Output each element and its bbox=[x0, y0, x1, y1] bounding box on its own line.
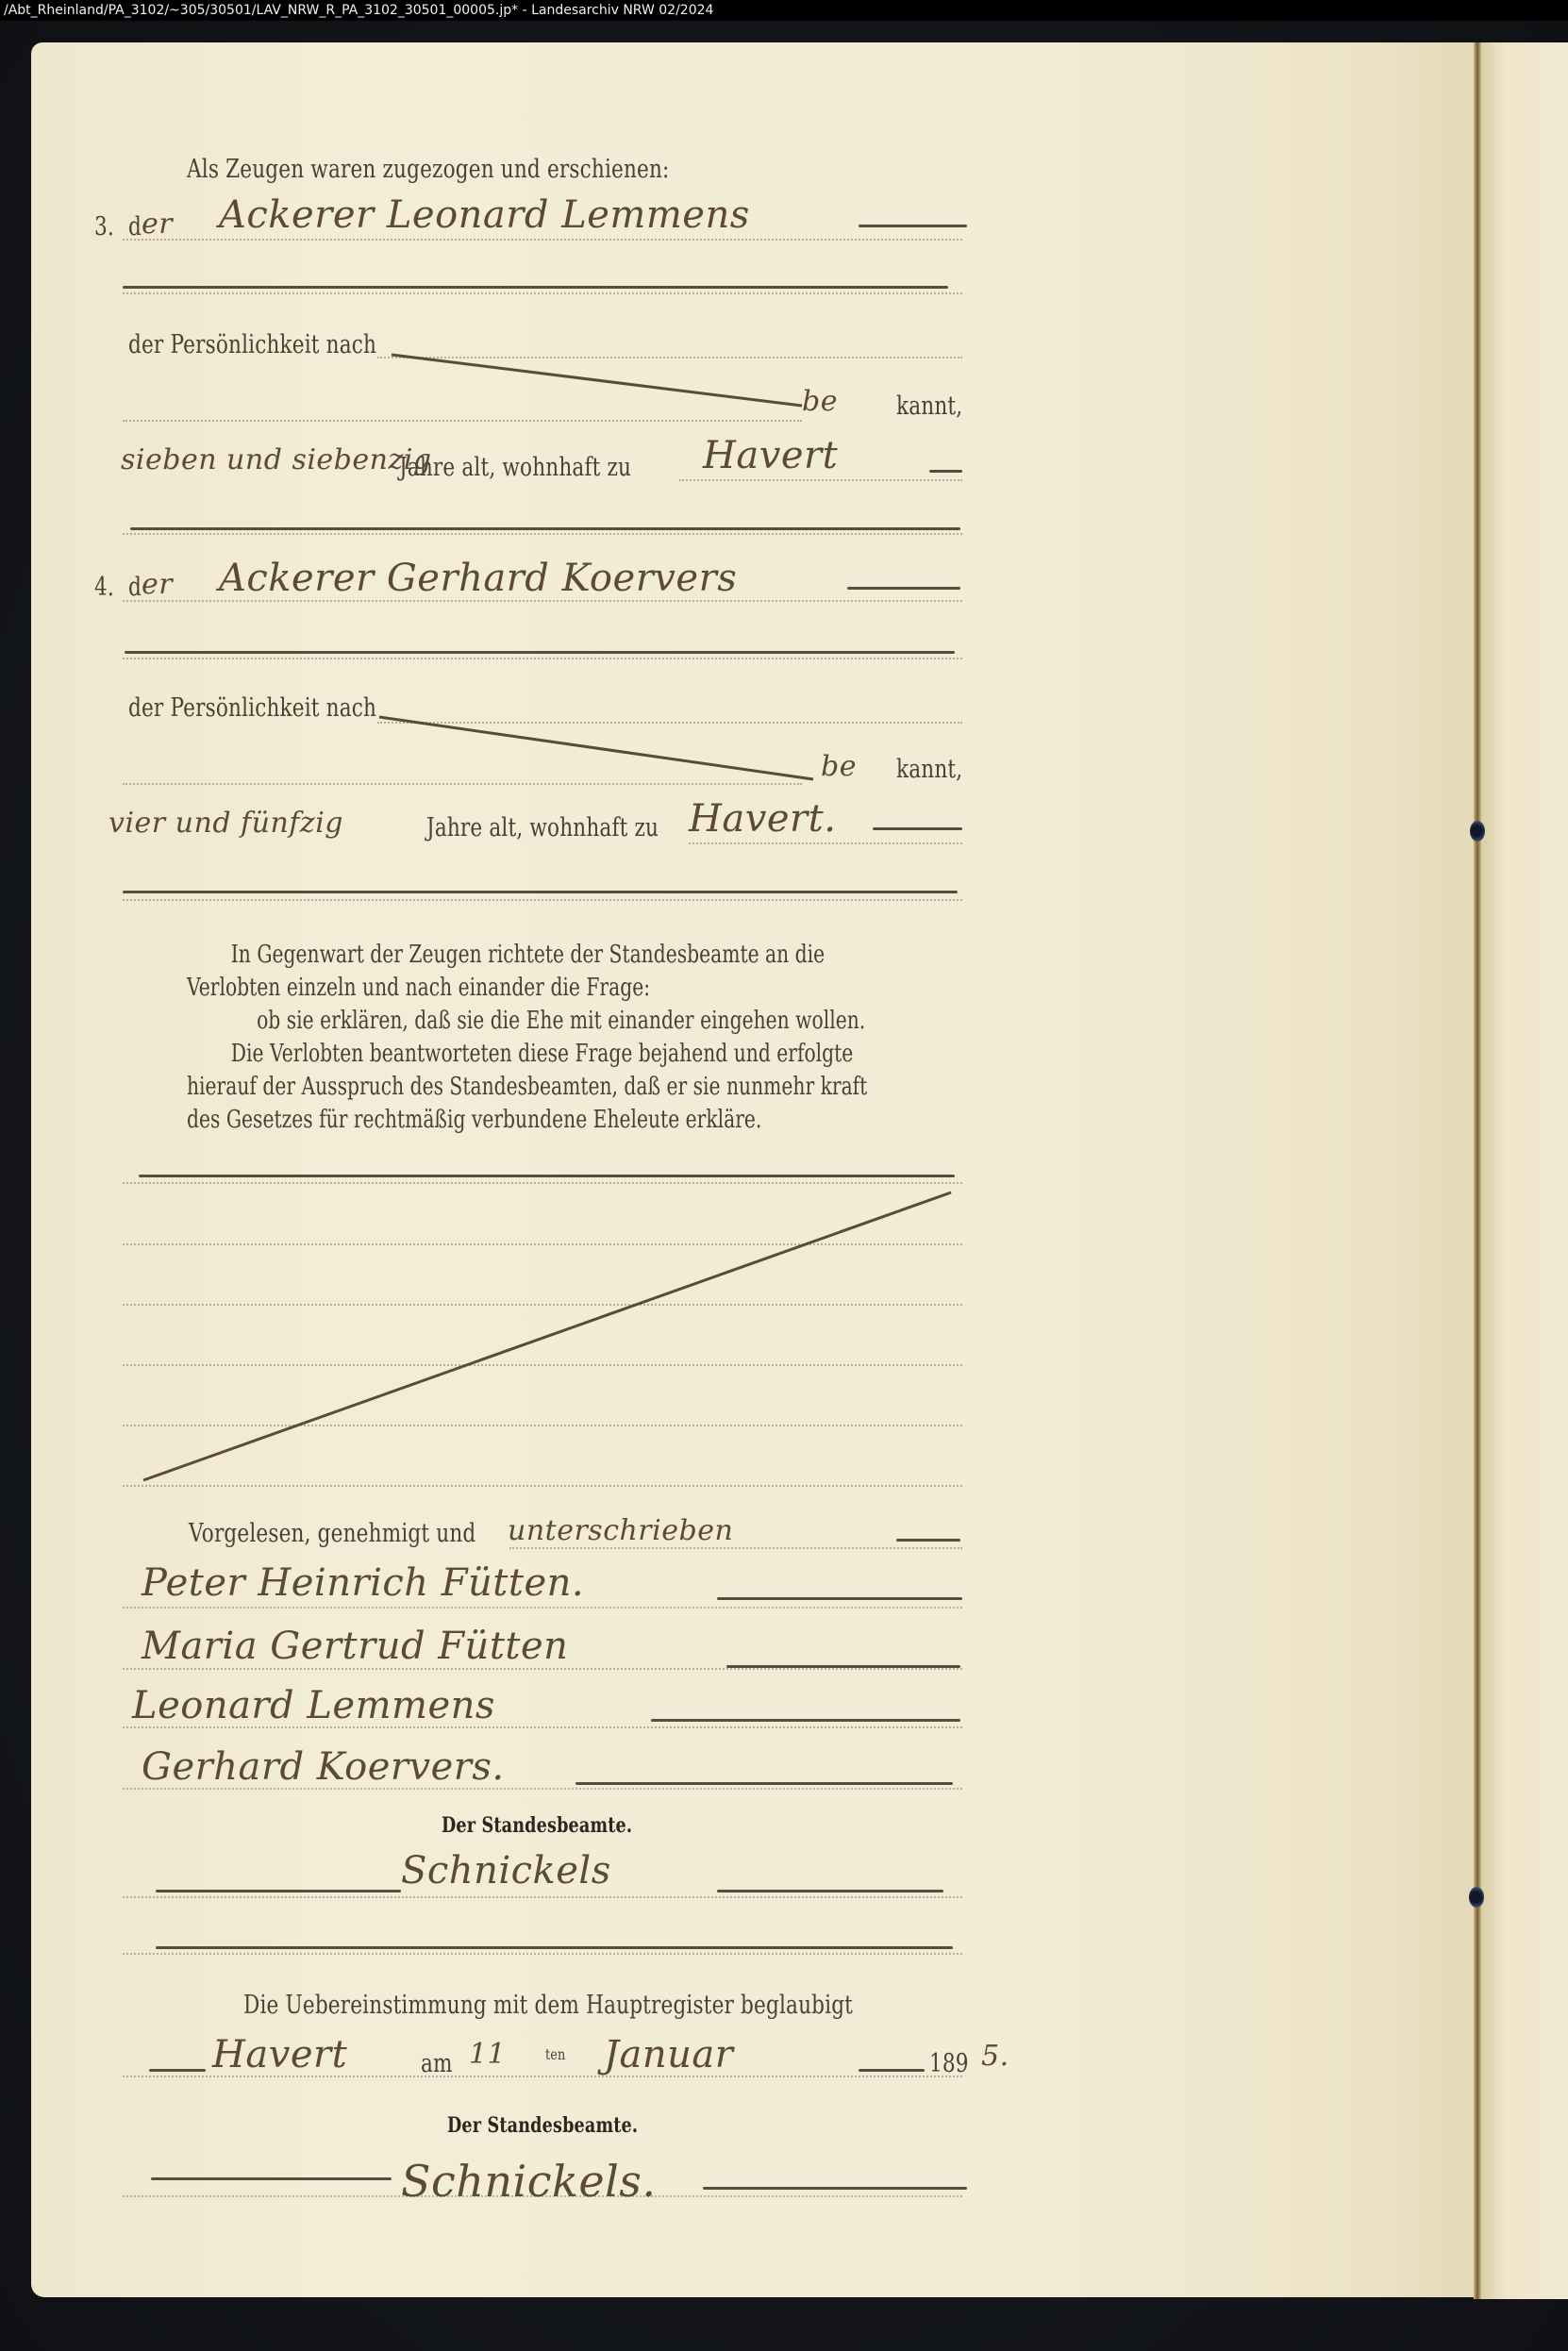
dotted-line bbox=[123, 658, 962, 659]
document-page-right-edge bbox=[1479, 42, 1568, 2299]
declaration-line: des Gesetzes für rechtmäßig verbundene E… bbox=[187, 1104, 797, 1137]
witness-3-identity-label: der Persönlichkeit nach bbox=[128, 330, 376, 359]
dotted-line bbox=[509, 1547, 962, 1549]
witness-3-age: sieben und siebenzig bbox=[121, 443, 432, 476]
cert-place: Havert bbox=[212, 2033, 347, 2076]
binding-hole-icon bbox=[1470, 821, 1485, 842]
dotted-line bbox=[377, 722, 962, 724]
dotted-line bbox=[123, 1668, 962, 1670]
witness-4-prefix-hand: er bbox=[142, 568, 173, 601]
ink-rule bbox=[575, 1782, 953, 1785]
book-gutter bbox=[1474, 42, 1481, 2299]
cert-ten: ten bbox=[545, 2045, 565, 2063]
dotted-line bbox=[123, 533, 962, 535]
witness-3-name: Ackerer Leonard Lemmens bbox=[219, 193, 750, 237]
witness-3-known-suffix: kannt, bbox=[896, 392, 962, 421]
witness-4-known-hand: be bbox=[821, 750, 857, 783]
dotted-line bbox=[123, 1485, 962, 1487]
declaration-line: Verlobten einzeln und nach einander die … bbox=[187, 972, 797, 1005]
ink-rule bbox=[123, 891, 958, 893]
ink-rule bbox=[151, 2177, 392, 2180]
declaration-line: In Gegenwart der Zeugen richtete der Sta… bbox=[187, 939, 797, 972]
ink-rule bbox=[717, 1597, 962, 1600]
signature-witness-3: Leonard Lemmens bbox=[132, 1684, 495, 1727]
ink-rule bbox=[859, 225, 967, 227]
marriage-declaration: In Gegenwart der Zeugen richtete der Sta… bbox=[187, 939, 970, 1137]
declaration-line: ob sie erklären, daß sie die Ehe mit ein… bbox=[187, 1005, 797, 1038]
witness-4-name: Ackerer Gerhard Koervers bbox=[219, 557, 737, 600]
ink-rule bbox=[139, 1175, 955, 1177]
dotted-line bbox=[689, 842, 962, 844]
read-approved-label: Vorgelesen, genehmigt und bbox=[189, 1519, 475, 1548]
dotted-line bbox=[123, 420, 802, 422]
witness-4-identity-label: der Persönlichkeit nach bbox=[128, 693, 376, 723]
ink-rule bbox=[859, 2069, 925, 2072]
ink-rule bbox=[156, 1946, 953, 1949]
read-approved-hand: unterschrieben bbox=[508, 1514, 733, 1547]
cert-am: am bbox=[421, 2049, 453, 2078]
ink-rule bbox=[125, 651, 955, 654]
cert-year-hand: 5. bbox=[981, 2040, 1009, 2073]
witness-4-known-suffix: kannt, bbox=[896, 755, 962, 784]
ink-rule bbox=[703, 2187, 967, 2190]
ink-rule bbox=[651, 1719, 960, 1722]
declaration-line: Die Verlobten beantworteten diese Frage … bbox=[187, 1038, 797, 1071]
witness-4-age-label: Jahre alt, wohnhaft zu bbox=[426, 813, 659, 842]
dotted-line bbox=[123, 1953, 962, 1955]
ink-rule bbox=[717, 1890, 943, 1892]
dotted-line bbox=[679, 479, 962, 481]
document-page-left bbox=[31, 42, 1479, 2297]
ink-rule bbox=[156, 1890, 401, 1892]
signature-groom: Peter Heinrich Fütten. bbox=[142, 1561, 584, 1605]
dotted-line bbox=[123, 600, 962, 602]
dotted-line bbox=[123, 1425, 962, 1426]
declaration-line: hierauf der Ausspruch des Standesbeamten… bbox=[187, 1071, 797, 1104]
ink-rule bbox=[130, 527, 960, 530]
witness-3-residence: Havert bbox=[703, 434, 838, 477]
dotted-line bbox=[123, 783, 802, 785]
ink-rule bbox=[929, 470, 962, 473]
signature-bride: Maria Gertrud Fütten bbox=[142, 1625, 568, 1668]
ink-rule bbox=[847, 587, 960, 590]
witness-4-prefix: d bbox=[128, 573, 142, 602]
ink-rule bbox=[873, 827, 962, 830]
cert-year-printed: 189 bbox=[929, 2049, 969, 2078]
dotted-line bbox=[123, 1364, 962, 1366]
witness-4-number: 4. bbox=[94, 573, 114, 602]
dotted-line bbox=[123, 239, 962, 241]
registrar-signature: Schnickels bbox=[401, 1849, 611, 1892]
binding-hole-icon bbox=[1469, 1887, 1484, 1908]
ink-rule bbox=[726, 1665, 960, 1668]
witnesses-header: Als Zeugen waren zugezogen und erschiene… bbox=[187, 155, 669, 184]
witness-4-residence: Havert. bbox=[689, 797, 836, 841]
window-title: /Abt_Rheinland/PA_3102/~305/30501/LAV_NR… bbox=[0, 0, 1568, 21]
ink-rule bbox=[896, 1539, 960, 1542]
witness-4-age: vier und fünfzig bbox=[108, 807, 343, 840]
witness-3-prefix: d bbox=[128, 212, 142, 242]
dotted-line bbox=[123, 1243, 962, 1245]
cert-day: 11 bbox=[469, 2038, 506, 2071]
certification-label: Die Uebereinstimmung mit dem Hauptregist… bbox=[243, 1991, 853, 2020]
registrar-signature-2: Schnickels. bbox=[401, 2156, 657, 2207]
dotted-line bbox=[123, 1182, 962, 1184]
dotted-line bbox=[123, 292, 962, 294]
witness-3-known-hand: be bbox=[802, 385, 838, 418]
signature-witness-4: Gerhard Koervers. bbox=[142, 1745, 505, 1789]
dotted-line bbox=[123, 1896, 962, 1898]
dotted-line bbox=[123, 899, 962, 901]
cert-month: Januar bbox=[604, 2033, 733, 2076]
witness-3-number: 3. bbox=[94, 212, 114, 242]
witness-3-age-label: Jahre alt, wohnhaft zu bbox=[399, 453, 631, 482]
ink-rule bbox=[149, 2069, 206, 2072]
ink-rule bbox=[123, 286, 948, 289]
witness-3-prefix-hand: er bbox=[142, 208, 173, 241]
dotted-line bbox=[377, 357, 962, 358]
registrar-label-2: Der Standesbeamte. bbox=[447, 2113, 638, 2138]
dotted-line bbox=[123, 1304, 962, 1306]
dotted-line bbox=[123, 1607, 962, 1609]
registrar-label: Der Standesbeamte. bbox=[442, 1813, 632, 1838]
